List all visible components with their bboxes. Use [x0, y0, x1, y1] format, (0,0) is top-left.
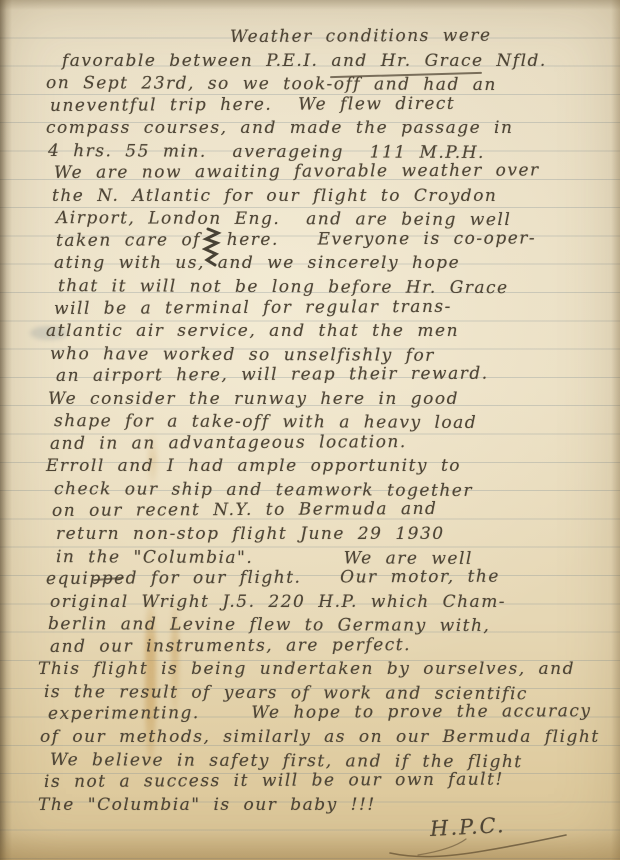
- letter-line: and in an advantageous location.: [36, 430, 608, 456]
- letter-line: of our methods, similarly as on our Berm…: [36, 726, 608, 749]
- letter-line: an airport here, will reap their reward.: [36, 362, 608, 388]
- letter-line: We consider the runway here in good: [36, 388, 608, 411]
- page-edge-bottom: [0, 830, 620, 860]
- page-edge-top: [0, 0, 620, 10]
- letter-line: ating with us, and we sincerely hope: [36, 252, 608, 275]
- letter-page: Weather conditions werefavorable between…: [0, 0, 620, 860]
- letter-line: taken care of here. Everyone is co-oper-: [36, 227, 608, 253]
- letter-line: uneventful trip here. We flew direct: [36, 92, 608, 118]
- letter-line: and our instruments, are perfect.: [36, 633, 608, 659]
- letter-line: original Wright J.5. 220 H.P. which Cham…: [36, 591, 608, 614]
- letter-line: Weather conditions were: [36, 24, 608, 50]
- letter-line: experimenting. We hope to prove the accu…: [36, 700, 608, 726]
- page-edge-right: [611, 0, 620, 860]
- letter-body: Weather conditions werefavorable between…: [36, 27, 608, 816]
- letter-line: on our recent N.Y. to Bermuda and: [36, 497, 608, 523]
- letter-line: atlantic air service, and that the men: [36, 320, 608, 343]
- letter-line: This flight is being undertaken by ourse…: [36, 658, 608, 681]
- letter-line: will be a terminal for regular trans-: [36, 295, 608, 321]
- letter-line: We are now awaiting favorable weather ov…: [36, 159, 608, 185]
- letter-line: return non-stop flight June 29 1930: [36, 523, 608, 546]
- ink-blot-correction: [202, 227, 224, 267]
- letter-line: Erroll and I had ample opportunity to: [36, 455, 608, 478]
- letter-line: favorable between P.E.I. and Hr. Grace N…: [36, 50, 608, 73]
- letter-line: is not a success it will be our own faul…: [36, 768, 608, 794]
- letter-line: the N. Atlantic for our flight to Croydo…: [36, 185, 608, 208]
- letter-line: compass courses, and made the passage in: [36, 117, 608, 140]
- page-edge-left: [0, 0, 12, 860]
